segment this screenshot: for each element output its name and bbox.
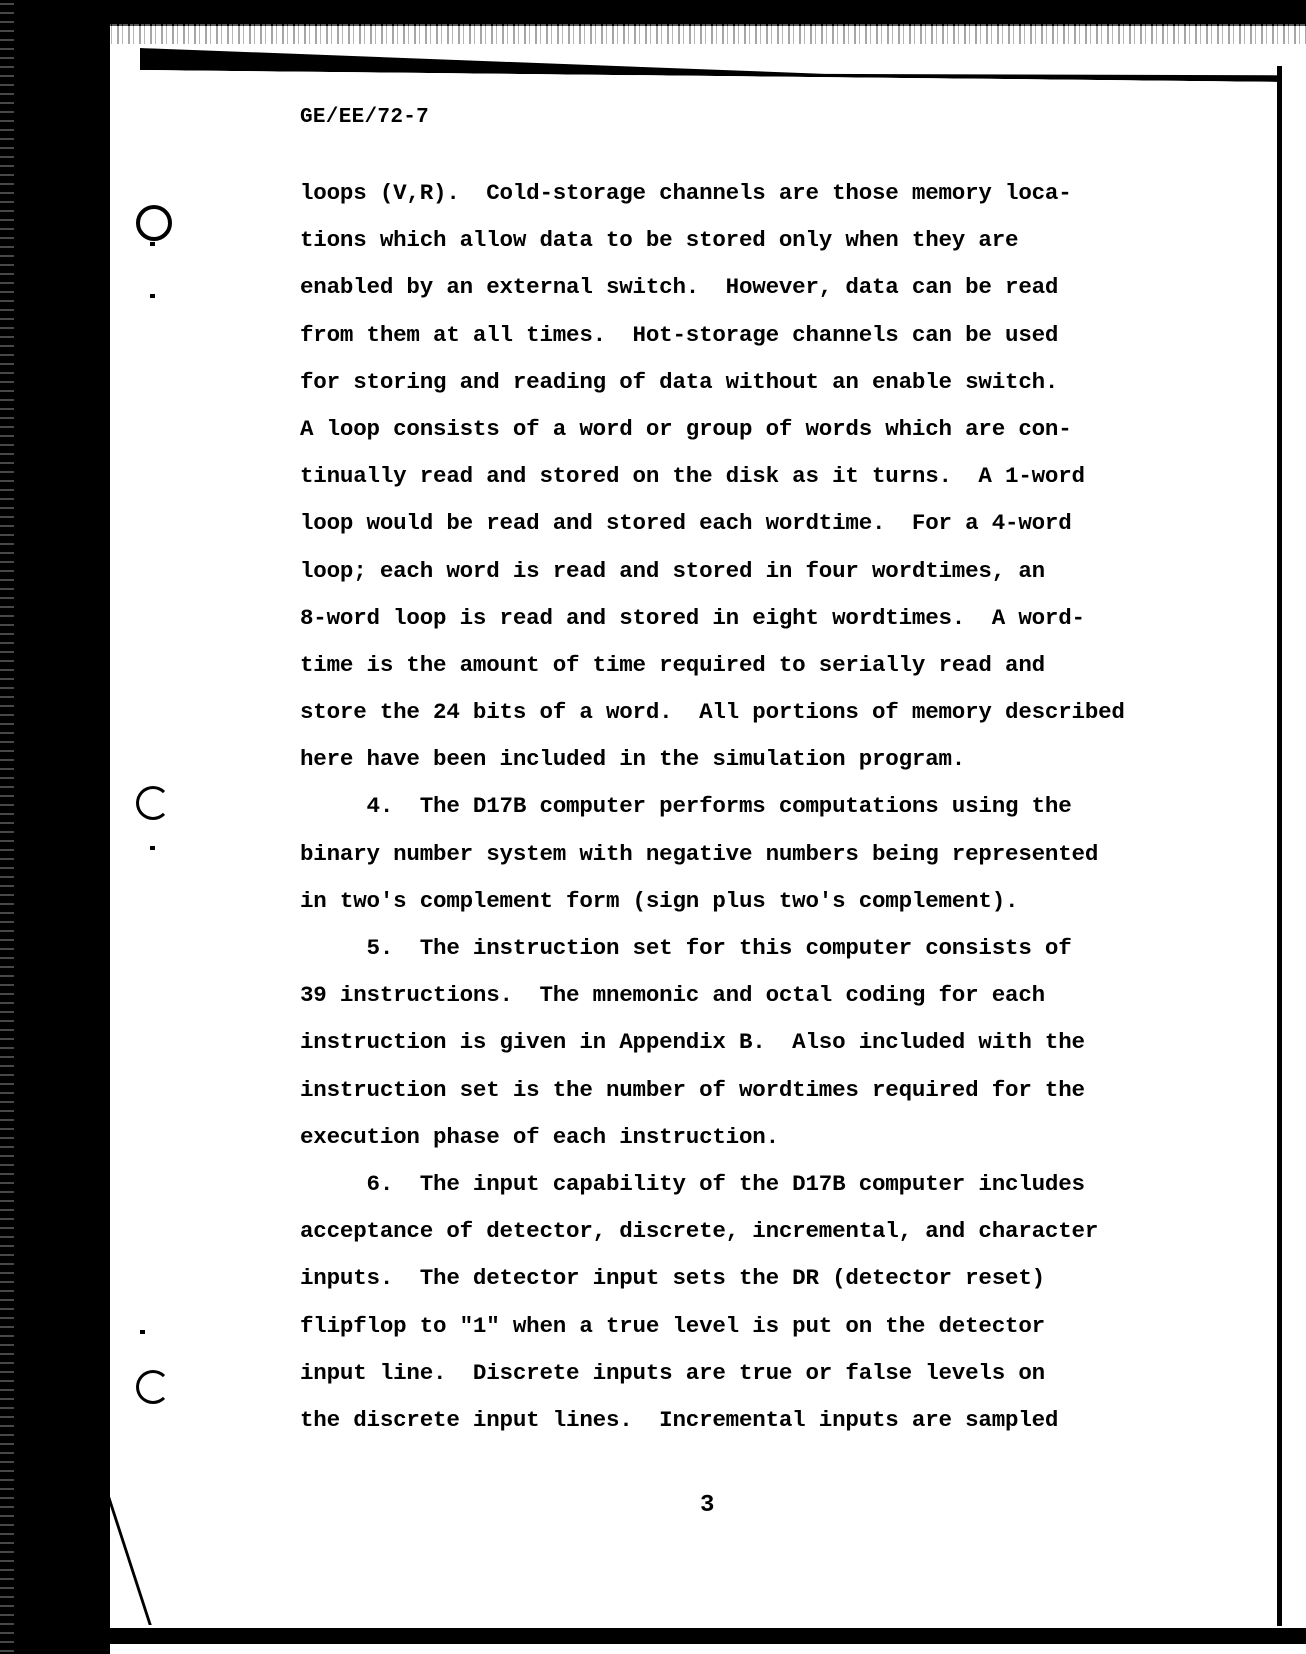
punch-hole-icon [136, 1370, 170, 1404]
text-line: loop would be read and stored each wordt… [300, 508, 1200, 555]
text-line: for storing and reading of data without … [300, 367, 1200, 414]
scan-right-border [1277, 66, 1282, 1626]
body-text: loops (V,R). Cold-storage channels are t… [300, 178, 1200, 1452]
text-line: execution phase of each instruction. [300, 1122, 1200, 1169]
text-line: in two's complement form (sign plus two'… [300, 886, 1200, 933]
paragraph-6-start: 6. The input capability of the D17B comp… [300, 1169, 1200, 1216]
text-line: input line. Discrete inputs are true or … [300, 1358, 1200, 1405]
text-line: from them at all times. Hot-storage chan… [300, 320, 1200, 367]
document-id-header: GE/EE/72-7 [300, 106, 429, 129]
text-line: enabled by an external switch. However, … [300, 272, 1200, 319]
text-line: tinually read and stored on the disk as … [300, 461, 1200, 508]
punch-hole-icon [136, 786, 170, 820]
text-line: tions which allow data to be stored only… [300, 225, 1200, 272]
scan-page-curl [100, 1475, 212, 1625]
paragraph-5-start: 5. The instruction set for this computer… [300, 933, 1200, 980]
scan-bottom-border [110, 1628, 1306, 1644]
text-line: binary number system with negative numbe… [300, 839, 1200, 886]
scan-speck [150, 846, 155, 850]
text-line: loops (V,R). Cold-storage channels are t… [300, 178, 1200, 225]
paragraph-4-start: 4. The D17B computer performs computatio… [300, 791, 1200, 838]
text-line: instruction set is the number of wordtim… [300, 1075, 1200, 1122]
text-line: A loop consists of a word or group of wo… [300, 414, 1200, 461]
text-line: here have been included in the simulatio… [300, 744, 1200, 791]
scan-top-rule [140, 48, 1280, 82]
text-line: store the 24 bits of a word. All portion… [300, 697, 1200, 744]
text-line: the discrete input lines. Incremental in… [300, 1405, 1200, 1452]
scan-speck [140, 1330, 145, 1334]
text-line: inputs. The detector input sets the DR (… [300, 1263, 1200, 1310]
scan-noise [40, 24, 1306, 44]
text-line: loop; each word is read and stored in fo… [300, 556, 1200, 603]
text-line: instruction is given in Appendix B. Also… [300, 1027, 1200, 1074]
scan-top-border [0, 0, 1306, 26]
scan-left-edge [0, 0, 14, 1654]
scan-left-binding [0, 0, 110, 1654]
text-line: acceptance of detector, discrete, increm… [300, 1216, 1200, 1263]
page-number: 3 [700, 1492, 714, 1519]
text-line: time is the amount of time required to s… [300, 650, 1200, 697]
text-line: 39 instructions. The mnemonic and octal … [300, 980, 1200, 1027]
punch-hole-icon [136, 205, 172, 241]
text-line: 8-word loop is read and stored in eight … [300, 603, 1200, 650]
text-line: flipflop to "1" when a true level is put… [300, 1311, 1200, 1358]
scan-speck [150, 242, 155, 246]
scan-speck [150, 294, 155, 298]
